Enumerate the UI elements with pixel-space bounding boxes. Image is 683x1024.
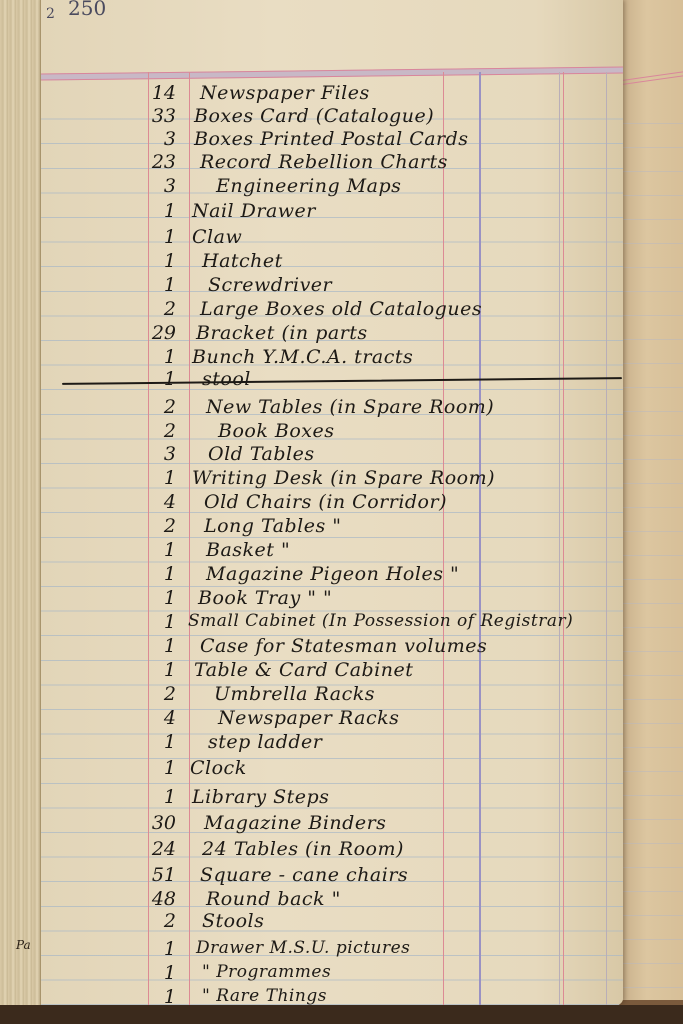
entry-qty: 2	[134, 298, 176, 320]
facing-page	[622, 0, 683, 1000]
gutter-mark: 2	[46, 6, 55, 22]
entry-qty: 24	[134, 838, 176, 860]
entry-qty: 2	[134, 910, 176, 932]
column-rule-qty-right	[189, 72, 190, 1015]
entry-qty: 3	[134, 443, 176, 465]
entry-qty: 33	[134, 105, 176, 127]
entry-desc: Record Rebellion Charts	[200, 151, 448, 173]
entry-desc: Large Boxes old Catalogues	[200, 298, 482, 320]
entry-desc: stool	[202, 368, 251, 390]
entry-desc: Writing Desk (in Spare Room)	[192, 467, 495, 489]
entry-desc: 24 Tables (in Room)	[202, 838, 404, 860]
entry-desc: Newspaper Files	[200, 82, 370, 104]
entry-qty: 2	[134, 683, 176, 705]
entry-desc: Old Chairs (in Corridor)	[204, 491, 447, 513]
entry-qty: 1	[134, 757, 176, 779]
entry-qty: 1	[134, 587, 176, 609]
entry-desc: Long Tables "	[204, 515, 342, 537]
header-double-rule	[41, 66, 623, 80]
entry-qty: 1	[134, 274, 176, 296]
entry-desc: Round back "	[206, 888, 341, 910]
entry-qty: 1	[134, 368, 176, 390]
entry-qty: 1	[134, 938, 176, 960]
entry-desc: Square - cane chairs	[200, 864, 408, 886]
column-rule-red-2	[563, 72, 564, 1015]
entry-desc: Small Cabinet (In Possession of Registra…	[188, 611, 573, 631]
entry-qty: 2	[134, 515, 176, 537]
entry-desc: Magazine Pigeon Holes "	[206, 563, 459, 585]
entry-desc: Magazine Binders	[204, 812, 386, 834]
entry-qty: 51	[134, 864, 176, 886]
stack-margin-note: Pa	[16, 938, 31, 952]
table-surface	[0, 1005, 683, 1024]
entry-desc: New Tables (in Spare Room)	[206, 396, 494, 418]
column-rule-grey	[559, 72, 560, 1015]
entry-desc: Book Tray " "	[198, 587, 332, 609]
column-rule-edge	[606, 72, 607, 1015]
entry-qty: 1	[134, 200, 176, 222]
entry-qty: 1	[134, 731, 176, 753]
column-rule-blue-1	[479, 72, 481, 1015]
entry-desc: Book Boxes	[218, 420, 335, 442]
entry-desc: Drawer M.S.U. pictures	[196, 938, 410, 958]
entry-desc: Engineering Maps	[216, 175, 401, 197]
entry-qty: 2	[134, 420, 176, 442]
entry-desc: " Rare Things	[202, 986, 327, 1006]
column-rule-desc-right	[443, 72, 444, 1015]
entry-qty: 1	[134, 250, 176, 272]
entry-qty: 1	[134, 563, 176, 585]
entry-desc: Library Steps	[192, 786, 329, 808]
entry-desc: Stools	[202, 910, 264, 932]
entry-qty: 4	[134, 491, 176, 513]
entry-qty: 1	[134, 786, 176, 808]
entry-desc: Boxes Card (Catalogue)	[194, 105, 434, 127]
facing-page-lines	[622, 100, 683, 1000]
entry-qty: 1	[134, 611, 176, 633]
entry-desc: Nail Drawer	[192, 200, 316, 222]
page-number: 250	[68, 0, 106, 20]
entry-desc: Hatchet	[202, 250, 283, 272]
entry-qty: 48	[134, 888, 176, 910]
entry-qty: 23	[134, 151, 176, 173]
entry-qty: 1	[134, 346, 176, 368]
entry-desc: Table & Card Cabinet	[194, 659, 413, 681]
entry-desc: Claw	[192, 226, 242, 248]
entry-desc: Basket "	[206, 539, 290, 561]
entry-desc: Boxes Printed Postal Cards	[194, 128, 469, 150]
entry-desc: " Programmes	[202, 962, 331, 982]
entry-desc: Case for Statesman volumes	[200, 635, 487, 657]
entry-qty: 1	[134, 659, 176, 681]
entry-qty: 1	[134, 226, 176, 248]
entry-desc: Old Tables	[208, 443, 315, 465]
entry-desc: Bracket (in parts	[196, 322, 368, 344]
entry-qty: 30	[134, 812, 176, 834]
entry-qty: 3	[134, 128, 176, 150]
entry-qty: 29	[134, 322, 176, 344]
entry-qty: 1	[134, 962, 176, 984]
facing-page-header-rule	[622, 71, 683, 85]
entry-qty: 14	[134, 82, 176, 104]
entry-qty: 1	[134, 539, 176, 561]
entry-qty: 3	[134, 175, 176, 197]
entry-qty: 4	[134, 707, 176, 729]
entry-desc: Newspaper Racks	[218, 707, 399, 729]
entry-qty: 2	[134, 396, 176, 418]
entry-qty: 1	[134, 635, 176, 657]
entry-desc: Umbrella Racks	[214, 683, 375, 705]
entry-desc: Clock	[190, 757, 247, 779]
entry-qty: 1	[134, 467, 176, 489]
entry-desc: Screwdriver	[208, 274, 332, 296]
entry-desc: step ladder	[208, 731, 322, 753]
entry-desc: Bunch Y.M.C.A. tracts	[192, 346, 413, 368]
